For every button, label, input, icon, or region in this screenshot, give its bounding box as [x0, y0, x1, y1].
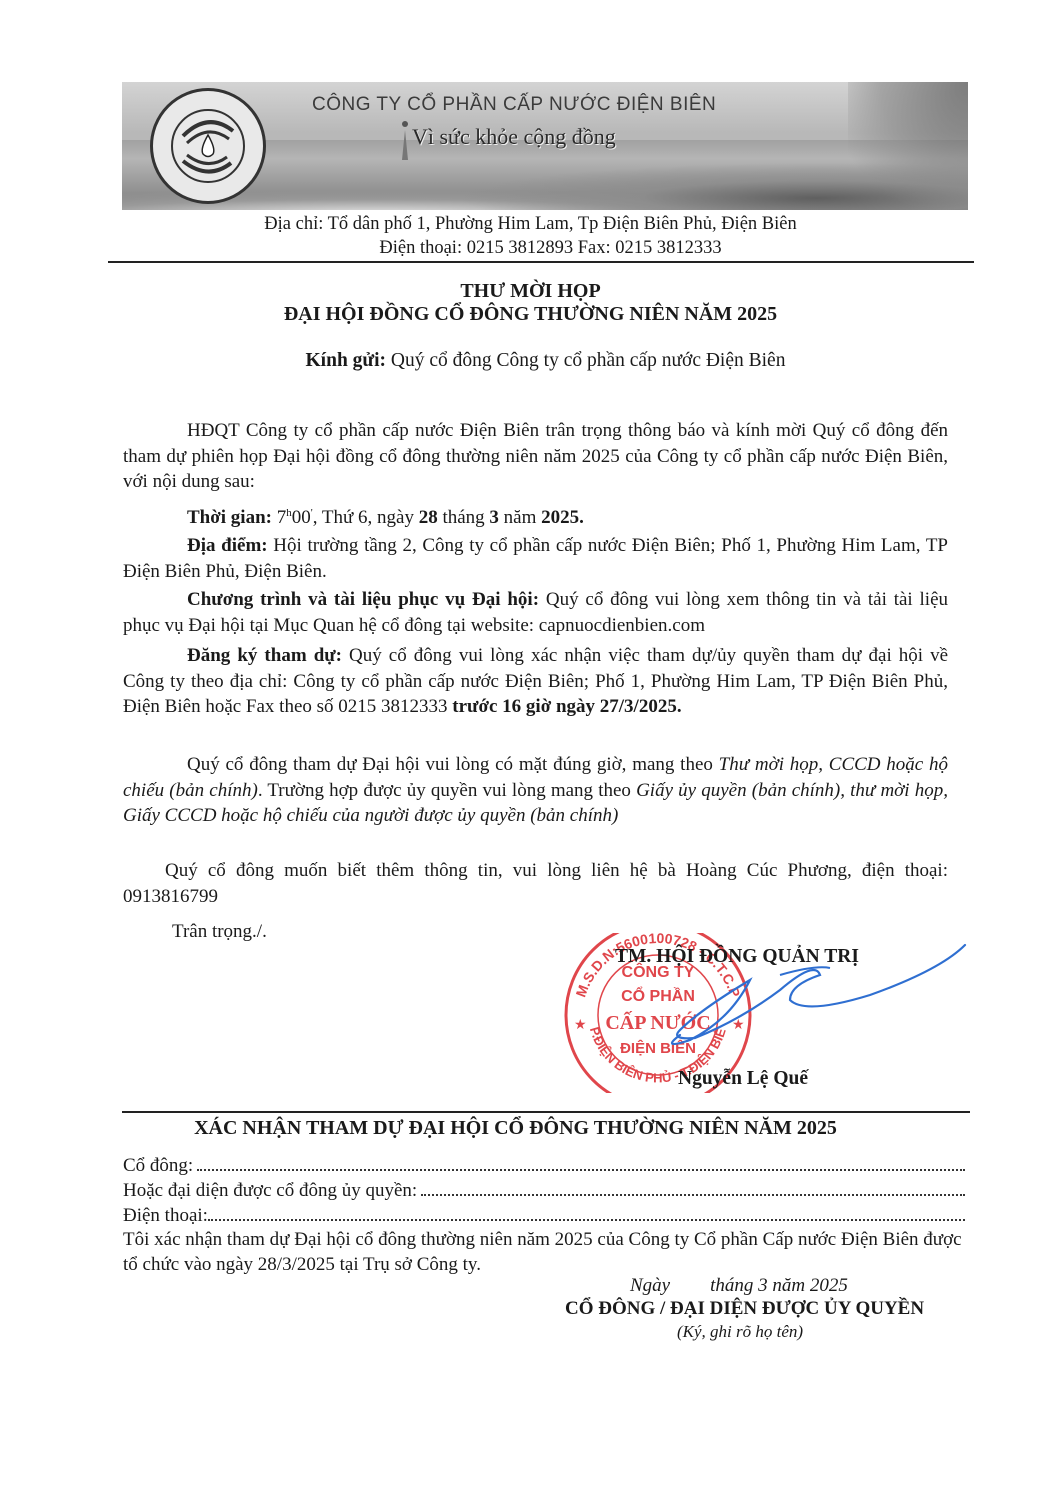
svg-text:★: ★ — [574, 1016, 587, 1032]
meeting-program: Chương trình và tài liệu phục vụ Đại hội… — [123, 587, 948, 638]
company-address: Địa chỉ: Tổ dân phố 1, Phường Him Lam, T… — [0, 214, 1061, 235]
company-name: CÔNG TY CỔ PHẦN CẤP NƯỚC ĐIỆN BIÊN — [312, 94, 716, 116]
divider — [122, 1111, 970, 1113]
document-title: THƯ MỜI HỌP — [0, 280, 1061, 303]
phone-blank[interactable] — [208, 1205, 965, 1221]
registration-info: Đăng ký tham dự: Quý cổ đông vui lòng xá… — [123, 643, 948, 720]
intro-paragraph: HĐQT Công ty cổ phần cấp nước Điện Biên … — [123, 418, 948, 495]
representative-blank[interactable] — [421, 1180, 965, 1196]
signer-role: CỔ ĐÔNG / ĐẠI DIỆN ĐƯỢC ỦY QUYỀN — [565, 1298, 924, 1320]
letterhead-banner: CÔNG TY CỔ PHẦN CẤP NƯỚC ĐIỆN BIÊN Vì sứ… — [122, 82, 968, 210]
representative-label: Hoặc đại diện được cổ đông ủy quyền: — [123, 1180, 417, 1202]
handwritten-signature — [640, 940, 970, 1060]
company-phone-fax: Điện thoại: 0215 3812893 Fax: 0215 38123… — [20, 238, 1061, 259]
sign-hint: (Ký, ghi rõ họ tên) — [677, 1322, 803, 1342]
greeting-label: Kính gửi: — [306, 350, 387, 371]
shareholder-field[interactable]: Cổ đông: — [123, 1155, 965, 1179]
attendance-requirements: Quý cổ đông tham dự Đại hội vui lòng có … — [123, 752, 948, 829]
slogan: Vì sức khỏe cộng đồng — [412, 124, 616, 150]
phone-field[interactable]: Điện thoại: — [123, 1205, 965, 1229]
confirmation-statement: Tôi xác nhận tham dự Đại hội cổ đông thư… — [123, 1227, 965, 1277]
greeting: Kính gửi: Quý cổ đông Công ty cổ phần cấ… — [15, 350, 1061, 372]
representative-field[interactable]: Hoặc đại diện được cổ đông ủy quyền: — [123, 1180, 965, 1204]
shareholder-blank[interactable] — [197, 1155, 965, 1171]
water-drop-logo-icon — [150, 88, 266, 204]
signatory-name: Nguyễn Lệ Quế — [678, 1068, 808, 1090]
document-subtitle: ĐẠI HỘI ĐỒNG CỔ ĐÔNG THƯỜNG NIÊN NĂM 202… — [0, 303, 1061, 326]
drop-icon — [400, 120, 410, 164]
phone-label: Điện thoại: — [123, 1205, 208, 1227]
meeting-time: Thời gian: 7h00', Thứ 6, ngày 28 tháng 3… — [123, 505, 948, 531]
divider — [108, 261, 974, 263]
closing-regards: Trân trọng./. — [172, 921, 267, 943]
greeting-recipient: Quý cổ đông Công ty cổ phần cấp nước Điệ… — [391, 350, 786, 371]
meeting-place: Địa điểm: Hội trường tầng 2, Công ty cổ … — [123, 533, 948, 584]
contact-info: Quý cổ đông muốn biết thêm thông tin, vu… — [123, 858, 948, 909]
signing-date: Ngàytháng 3 năm 2025 — [630, 1275, 848, 1297]
shareholder-label: Cổ đông: — [123, 1155, 193, 1177]
confirmation-title: XÁC NHẬN THAM DỰ ĐẠI HỘI CỔ ĐÔNG THƯỜNG … — [0, 1117, 1046, 1140]
